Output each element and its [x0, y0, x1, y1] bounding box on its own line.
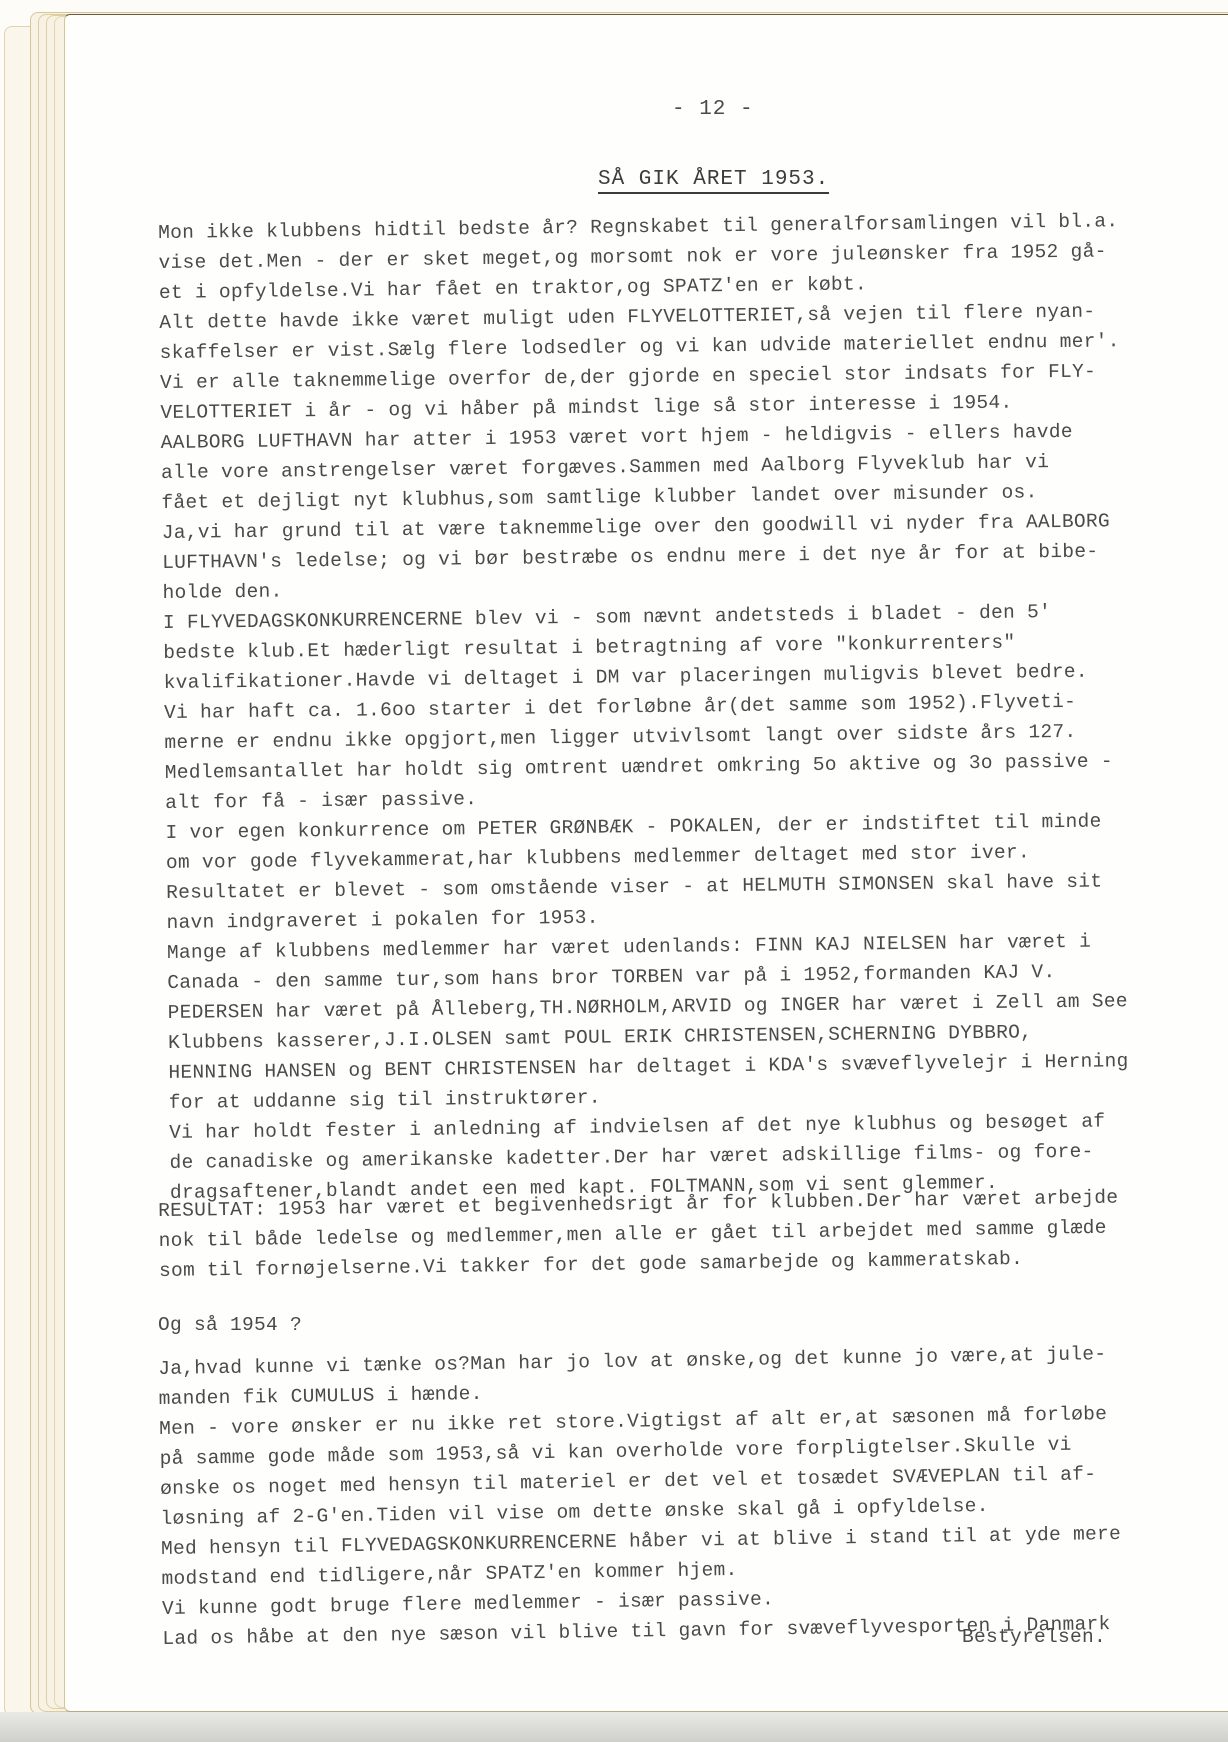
scanner-bed-shadow: [0, 1712, 1228, 1742]
section-subheading: Og så 1954 ?: [158, 1310, 302, 1340]
page-number: - 12 -: [672, 98, 754, 121]
body-paragraph-main: Mon ikke klubbens hidtil bedste år? Regn…: [158, 206, 1130, 1208]
signature: Bestyrelsen.: [962, 1626, 1106, 1648]
body-paragraph-future: Ja,hvad kunne vi tænke os?Man har jo lov…: [158, 1339, 1123, 1654]
page-title: SÅ GIK ÅRET 1953.: [598, 168, 829, 194]
body-paragraph-result: RESULTAT: 1953 har været et begivenhedsr…: [158, 1183, 1119, 1286]
